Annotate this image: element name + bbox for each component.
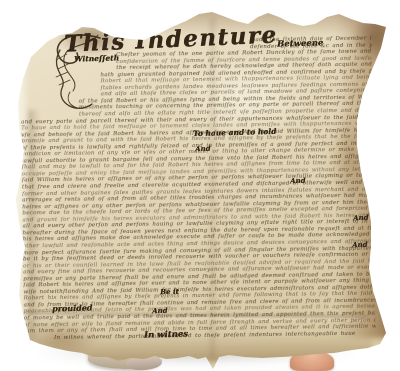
fold-ink-mark: fmſh — [0, 0, 14, 7]
fold-ink-mark: nt — [0, 0, 6, 7]
parchment-sheet: made the ſixtenth daie of December in th… — [0, 0, 400, 371]
emphasised-word-provided: prouided — [52, 302, 93, 313]
emphasised-word-and: And — [353, 213, 369, 222]
emphasised-word-betweene: Betweene — [277, 38, 323, 49]
emphasised-word-and: And — [152, 306, 168, 315]
fold-ink-mark: C ſ~ — [0, 0, 14, 7]
fold-ink-mark: w nſ — [0, 0, 13, 7]
emphasised-word-witnesseth: Witneſſeth — [74, 53, 119, 63]
emphasised-word-and: And — [352, 240, 368, 249]
fold-ink-mark: ſanſ — [0, 0, 12, 7]
photograph-of-parchment-indenture: made the ſixtenth daie of December in th… — [0, 0, 400, 371]
emphasised-word-in-witnes: In witnes — [144, 329, 188, 340]
fold-ink-mark: ıſ — [0, 0, 4, 7]
emphasised-word-be-it: Be it — [160, 287, 179, 296]
emphasised-word-and: And — [290, 176, 306, 185]
fold-ink-mark: ſſ — [0, 0, 5, 7]
emphasised-word-and: And — [195, 144, 211, 153]
